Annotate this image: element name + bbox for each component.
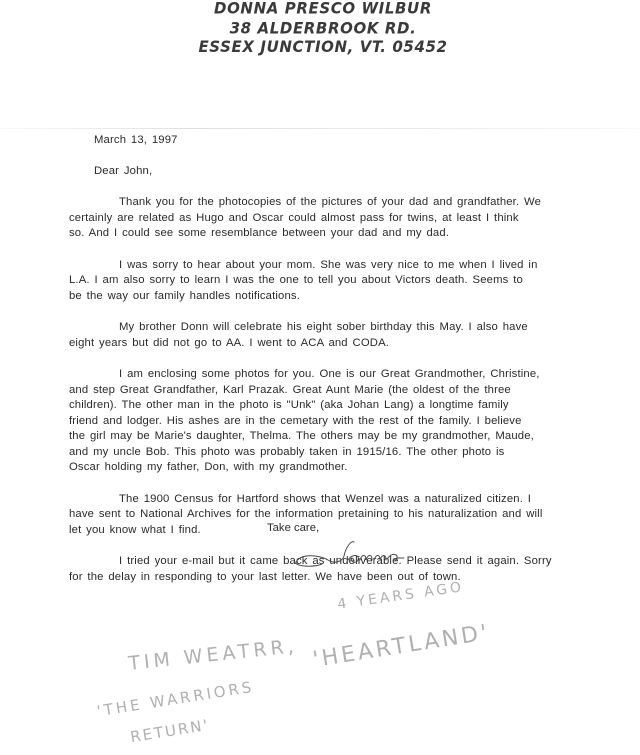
paragraph-line: I was sorry to hear about your mom. She … (94, 258, 614, 274)
paragraph-line: My brother Donn will celebrate his eight… (94, 320, 614, 336)
paragraph-line: L.A. I am also sorry to learn I was the … (69, 273, 614, 289)
paragraph-line: I am enclosing some photos for you. One … (94, 367, 614, 383)
letter-closing: Take care, (267, 522, 319, 534)
paragraph-line: the girl may be Marie's daughter, Thelma… (69, 429, 614, 445)
paragraph-line: for the delay in responding to your last… (69, 570, 614, 586)
letter-date: March 13, 1997 (94, 133, 614, 149)
letter-paragraph: I am enclosing some photos for you. One … (94, 367, 614, 476)
paragraph-line: Thank you for the photocopies of the pic… (94, 195, 614, 211)
paragraph-line: and step Great Grandfather, Karl Prazak.… (69, 383, 614, 399)
letter-paragraph: I was sorry to hear about your mom. She … (94, 258, 614, 305)
signature (292, 538, 412, 568)
letter-paragraphs: Thank you for the photocopies of the pic… (94, 195, 614, 585)
paragraph-line: Oscar holding my father, Don, with my gr… (69, 460, 614, 476)
letterhead: DONNA PRESCO WILBUR 38 ALDERBROOK RD. ES… (0, 0, 640, 57)
handwritten-note-warriors: 'THE WARRIORS (96, 678, 256, 721)
paragraph-line: so. And I could see some resemblance bet… (69, 226, 614, 242)
handwritten-note-return: RETURN' (129, 716, 211, 746)
handwritten-note-tim: TIM WEATRR, (127, 635, 298, 675)
letter-paragraph: The 1900 Census for Hartford shows that … (94, 492, 614, 539)
letterhead-name: DONNA PRESCO WILBUR (0, 0, 640, 18)
paragraph-line: friend and lodger. His ashes are in the … (69, 414, 614, 430)
paragraph-line: and my uncle Bob. This photo was probabl… (69, 445, 614, 461)
paragraph-line: eight years but did not go to AA. I went… (69, 336, 614, 352)
paragraph-line: certainly are related as Hugo and Oscar … (69, 211, 614, 227)
letter-body: March 13, 1997 Dear John, Thank you for … (94, 133, 614, 601)
paragraph-line: be the way our family handles notificati… (69, 289, 614, 305)
paragraph-line: The 1900 Census for Hartford shows that … (94, 492, 614, 508)
paragraph-line: have sent to National Archives for the i… (69, 507, 614, 523)
paper-fold-line (0, 128, 640, 129)
paragraph-line: children). The other man in the photo is… (69, 398, 614, 414)
letter-paragraph: My brother Donn will celebrate his eight… (94, 320, 614, 351)
letter-paragraph: Thank you for the photocopies of the pic… (94, 195, 614, 242)
paragraph-line: let you know what I find. (69, 523, 614, 539)
handwritten-note-heartland: 'HEARTLAND' (311, 620, 492, 673)
letterhead-city: ESSEX JUNCTION, VT. 05452 (0, 37, 640, 56)
letter-salutation: Dear John, (94, 164, 614, 180)
letterhead-street: 38 ALDERBROOK RD. (0, 18, 640, 37)
